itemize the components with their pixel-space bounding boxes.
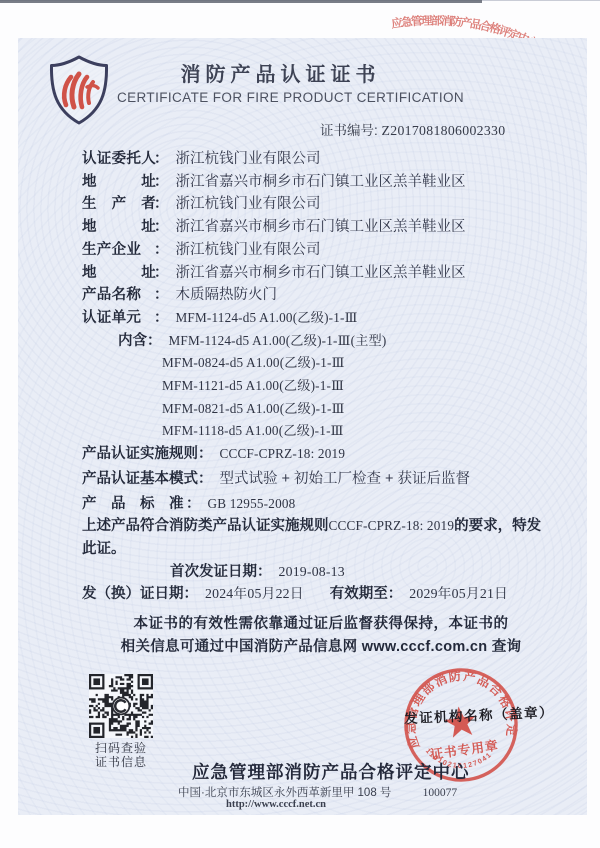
qr-center-logo: [113, 698, 130, 715]
field-row-cert-unit: 认证单元：MFM-1124-d5 A1.00(乙级)-1-Ⅲ: [82, 307, 560, 330]
statement-line2: 此证。: [82, 538, 560, 561]
certificate-body: 消防产品认证证书 CERTIFICATE FOR FIRE PRODUCT CE…: [18, 38, 587, 815]
certificate-number: 证书编号: Z2017081806002330: [320, 119, 505, 139]
field-row-address3: 地 址：浙江省嘉兴市桐乡市石门镇工业区羔羊鞋业区: [82, 262, 560, 285]
certificate-page: 应急管理部消防产品合格评定中心 消防产品认证证书 CERTIFICATE FOR…: [0, 0, 600, 848]
rule-impl-row: 产品认证实施规则：CCCF-CPRZ-18: 2019: [82, 443, 560, 466]
inner-unit-item: MFM-0824-d5 A1.00(乙级)-1-Ⅲ: [82, 352, 560, 375]
inner-units-row: 内含：MFM-1124-d5 A1.00(乙级)-1-Ⅲ(主型): [82, 330, 560, 353]
statement-line1: 上述产品符合消防类产品认证实施规则CCCF-CPRZ-18: 2019的要求，特…: [82, 515, 560, 538]
issue-valid-date-row: 发（换）证日期：2024年05月22日有效期至：2029年05月21日: [82, 583, 560, 606]
organization-url: http://www.cccf.net.cn: [18, 799, 534, 810]
field-row-factory: 生产企业：浙江杭钱门业有限公司: [82, 239, 560, 262]
qr-code: [88, 674, 154, 738]
rule-standard-row: 产 品 标 准：GB 12955-2008: [82, 493, 560, 516]
certificate-number-value: Z2017081806002330: [382, 123, 506, 138]
certificate-fields: 认证委托人：浙江杭钱门业有限公司 地 址：浙江省嘉兴市桐乡市石门镇工业区羔羊鞋业…: [82, 148, 560, 658]
certificate-title: 消防产品认证证书: [0, 58, 565, 87]
field-row-applicant: 认证委托人：浙江杭钱门业有限公司: [82, 148, 560, 171]
qr-caption-line2: 证书信息: [76, 753, 166, 770]
notice-line1: 本证书的有效性需依靠通过证后监督获得保持，本证书的: [82, 613, 560, 636]
postcode: 100077: [423, 787, 458, 799]
field-row-product-name: 产品名称：木质隔热防火门: [82, 284, 560, 307]
field-row-address1: 地 址：浙江省嘉兴市桐乡市石门镇工业区羔羊鞋业区: [82, 171, 560, 194]
issuing-organization: 应急管理部消防产品合格评定中心: [192, 759, 470, 784]
rule-mode-row: 产品认证基本模式：型式试验 + 初始工厂检查 + 获证后监督: [82, 468, 560, 491]
address-text: 中国·北京市东城区永外西革新里甲 108 号: [178, 787, 391, 799]
field-row-address2: 地 址：浙江省嘉兴市桐乡市石门镇工业区羔羊鞋业区: [82, 216, 560, 239]
organization-address: 中国·北京市东城区永外西革新里甲 108 号 100077: [178, 784, 457, 800]
certificate-subtitle: CERTIFICATE FOR FIRE PRODUCT CERTIFICATI…: [6, 90, 575, 105]
notice-line2: 相关信息可通过中国消防产品信息网 www.cccf.com.cn 查询: [82, 636, 560, 659]
inner-unit-item: MFM-1121-d5 A1.00(乙级)-1-Ⅲ: [82, 375, 560, 398]
field-row-producer: 生 产 者：浙江杭钱门业有限公司: [82, 193, 560, 216]
first-issue-date-row: 首次发证日期：2019-08-13: [82, 561, 560, 584]
inner-unit-item: MFM-0821-d5 A1.00(乙级)-1-Ⅲ: [82, 398, 560, 421]
certificate-number-label: 证书编号:: [320, 123, 378, 138]
inner-unit-item: MFM-1118-d5 A1.00(乙级)-1-Ⅲ: [82, 420, 560, 443]
